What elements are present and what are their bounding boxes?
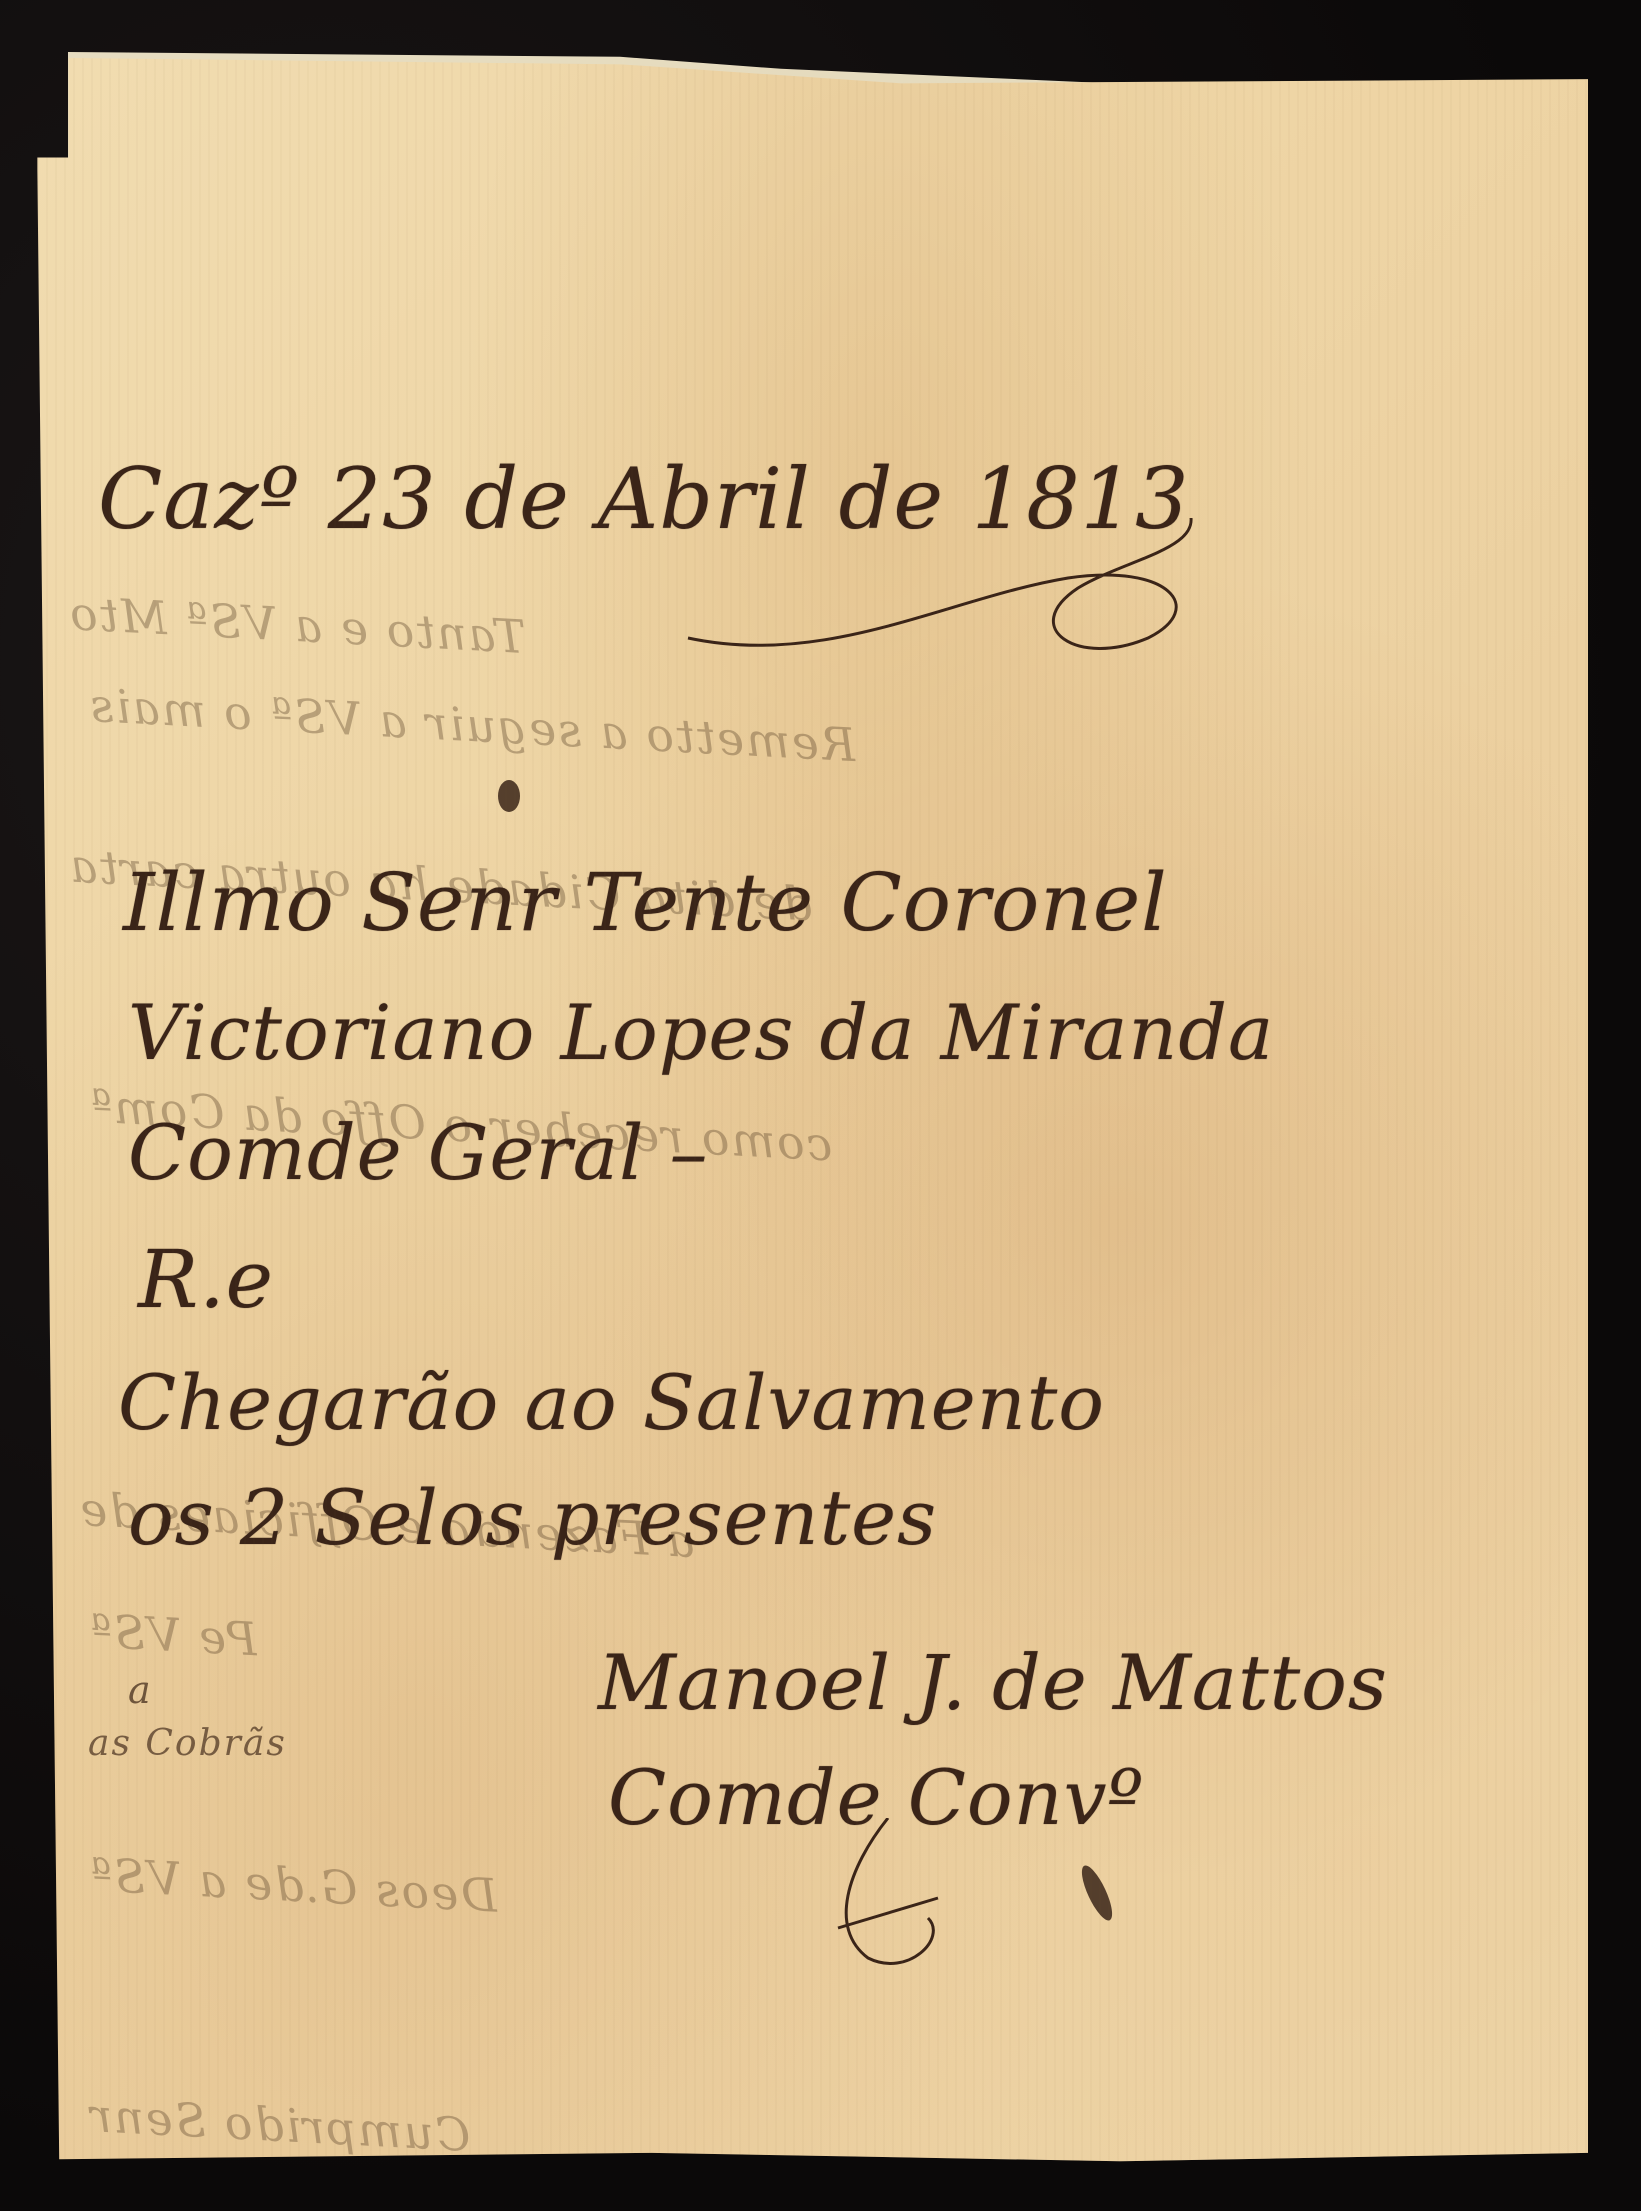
bleed-through-line: Cumprido Senr [87,2088,472,2162]
bleed-through-line: Pe VSª [87,1604,259,1667]
body-line: os 2 Selos presentes [128,1473,937,1562]
salutation-name: Victoriano Lopes da Miranda [128,988,1274,1077]
bleed-through-line: Deos G.de a VSª [87,1847,499,1922]
bleed-through-margin: as Cobrãs [88,1723,287,1764]
signature-title: Comde Convº [608,1753,1144,1842]
salutation-title: Illmo Senr Tente Coronel [123,856,1168,949]
bleed-through-margin: a [128,1668,153,1712]
dateline: Cazº 23 de Abril de 1813 [98,450,1190,548]
salutation-role: Comde Geral – [128,1108,709,1197]
signature-name: Manoel J. de Mattos [598,1638,1388,1727]
reference-mark: R.e [138,1233,274,1326]
manuscript-page: Tanto e a VSª Mto Remetto a seguir a VSª… [28,58,1588,2174]
bleed-through-line: Tanto e a VSª Mto [67,586,527,664]
bleed-through-line: Remetto a seguir a VSª o mais [87,678,857,772]
signature-flourish [808,1818,1048,1978]
body-line: Chegarão ao Salvamento [118,1358,1105,1447]
scan-background: Tanto e a VSª Mto Remetto a seguir a VSª… [0,0,1641,2211]
ink-blot [498,780,520,812]
ink-blot [1076,1862,1118,1924]
